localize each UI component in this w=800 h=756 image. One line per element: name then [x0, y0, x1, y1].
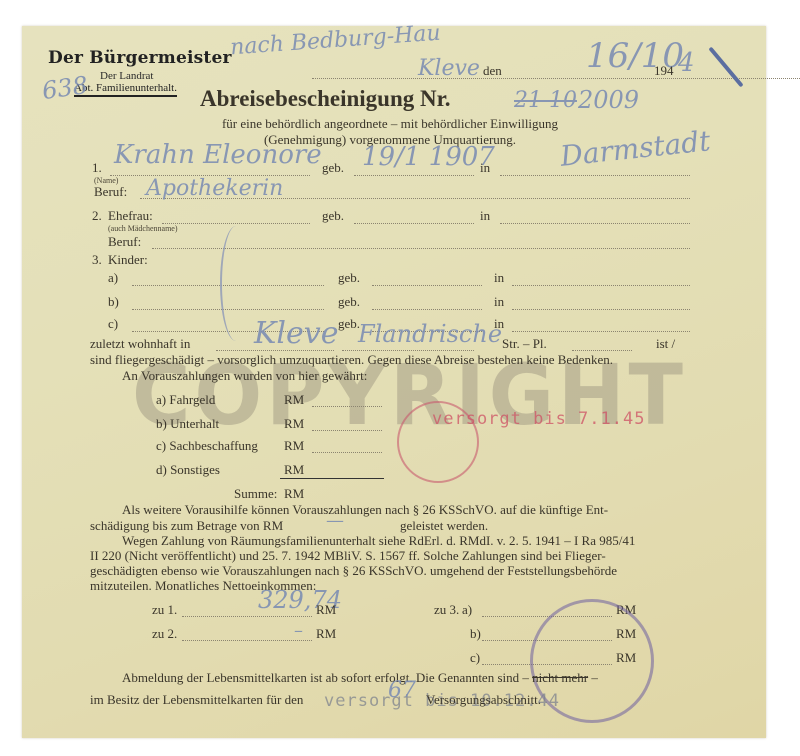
child-a-place-line	[512, 285, 690, 286]
residence-street-line	[342, 350, 474, 351]
name-value: Krahn Eleonore	[114, 140, 322, 170]
children-index: 3.	[92, 252, 102, 268]
year-printed: 194	[654, 63, 674, 79]
birth-label: geb.	[322, 160, 344, 176]
document-title: Abreisebescheinigung Nr.	[200, 86, 450, 112]
income-3b-label: b)	[470, 626, 481, 642]
ist-label: ist /	[656, 336, 675, 352]
spouse-occupation-label: Beruf:	[108, 234, 141, 250]
footer-line-2a: im Besitz der Lebensmittelkarten für den	[90, 692, 303, 708]
handwritten-dash-mark	[220, 226, 252, 341]
handwritten-destination-note: nach Bedburg-Hau	[229, 21, 441, 61]
residence-city-value: Kleve	[254, 316, 338, 351]
street-label: Str. – Pl.	[502, 336, 547, 352]
residence-street-value: Flandrische	[358, 320, 502, 348]
paragraph-1-line-2a: schädigung bis zum Betrage von RM	[90, 518, 283, 534]
paragraph-2-line-3: geschädigten ebenso wie Vorauszahlungen …	[90, 563, 617, 579]
spouse-field-line	[162, 223, 310, 224]
child-a-letter: a)	[108, 270, 118, 286]
income-3a-label: a)	[462, 602, 472, 618]
advance-sonstiges-currency: RM	[284, 462, 304, 478]
child-b-birth-line	[372, 309, 482, 310]
income-2-value: –	[294, 620, 303, 641]
child-b-birth-label: geb.	[338, 294, 360, 310]
occupation-value: Apothekerin	[146, 176, 283, 201]
footer-line-1-end: –	[591, 670, 598, 685]
paragraph-1-line-2b: geleistet werden.	[400, 518, 488, 534]
footer-line-1-text: Abmeldung der Lebensmittelkarten ist ab …	[122, 670, 529, 685]
advance-sonstiges-label: d) Sonstiges	[156, 462, 220, 478]
birthplace-label: in	[480, 160, 490, 176]
income-1-currency: RM	[316, 602, 336, 618]
spouse-birthplace-line	[500, 223, 690, 224]
handwritten-margin-number: 638	[40, 71, 89, 105]
advance-sachbeschaffung-line	[312, 452, 382, 453]
child-a-birth-line	[372, 285, 482, 286]
advance-unterhalt-label: b) Unterhalt	[156, 416, 219, 432]
income-3-prefix: zu 3.	[434, 602, 459, 618]
income-2-currency: RM	[316, 626, 336, 642]
advances-intro: An Vorauszahlungen wurden von hier gewäh…	[122, 368, 367, 384]
income-2-line	[182, 640, 312, 641]
advance-sachbeschaffung-currency: RM	[284, 438, 304, 454]
spouse-birthplace-label: in	[480, 208, 490, 224]
advance-fahrgeld-label: a) Fahrgeld	[156, 392, 215, 408]
spouse-birth-line	[354, 223, 474, 224]
advance-unterhalt-line	[312, 430, 382, 431]
residence-label: zuletzt wohnhaft in	[90, 336, 190, 352]
child-c-letter: c)	[108, 316, 118, 332]
spouse-index: 2.	[92, 208, 102, 224]
children-label: Kinder:	[108, 252, 148, 268]
red-supply-stamp-text: versorgt bis 7.1.45	[432, 409, 645, 429]
spouse-birth-label: geb.	[322, 208, 344, 224]
footer-handwritten-period: 67	[388, 678, 416, 703]
advance-fahrgeld-line	[312, 406, 382, 407]
advance-fahrgeld-currency: RM	[284, 392, 304, 408]
child-b-letter: b)	[108, 294, 119, 310]
handwritten-slash-mark	[708, 47, 743, 88]
place-handwritten: Kleve	[418, 56, 480, 81]
paragraph-2-line-2: II 220 (Nicht veröffentlicht) und 25. 7.…	[90, 548, 606, 564]
child-b-place-label: in	[494, 294, 504, 310]
child-c-place-line	[512, 331, 690, 332]
organization-name: Der Bürgermeister	[48, 48, 232, 68]
paragraph-1-line-1: Als weitere Vorausihilfe können Vorausza…	[122, 502, 608, 518]
income-2-label: zu 2.	[152, 626, 177, 642]
child-a-birth-label: geb.	[338, 270, 360, 286]
income-3c-label: c)	[470, 650, 480, 666]
sum-label: Summe:	[234, 486, 277, 502]
date-label: den	[483, 63, 502, 79]
footer-line-1: Abmeldung der Lebensmittelkarten ist ab …	[122, 670, 598, 686]
certificate-number: 2009	[578, 86, 639, 114]
spouse-label: Ehefrau:	[108, 208, 153, 224]
place-date-line	[312, 78, 800, 79]
year-handwritten: 4	[678, 48, 695, 78]
birth-field-line	[354, 175, 474, 176]
birth-value: 19/1 1907	[362, 142, 495, 172]
footer-line-2b: Versorgungsabschnitt.	[426, 692, 541, 708]
subtitle-line-1: für eine behördlich angeordnete – mit be…	[140, 116, 640, 132]
amount-dash: —	[326, 510, 344, 531]
footer-struck-text: nicht mehr	[532, 670, 588, 685]
sum-currency: RM	[284, 486, 304, 502]
birthplace-field-line	[500, 175, 690, 176]
occupation-label: Beruf:	[94, 184, 127, 200]
house-number-line	[572, 350, 632, 351]
advance-unterhalt-currency: RM	[284, 416, 304, 432]
child-a-place-label: in	[494, 270, 504, 286]
income-1-line	[182, 616, 312, 617]
income-1-label: zu 1.	[152, 602, 177, 618]
advance-sachbeschaffung-label: c) Sachbeschaffung	[156, 438, 258, 454]
child-b-place-line	[512, 309, 690, 310]
spouse-maiden-caption: (auch Mädchenname)	[108, 224, 178, 233]
person-index: 1.	[92, 160, 102, 176]
sum-divider-line	[280, 478, 384, 479]
paragraph-2-line-1: Wegen Zahlung von Räumungsfamilienunterh…	[122, 533, 635, 549]
struck-number: 21 10	[514, 88, 577, 113]
residence-status-text: sind fliegergeschädigt – vorsorglich umz…	[90, 352, 613, 368]
child-c-birth-label: geb.	[338, 316, 360, 332]
sub-office: Der Landrat	[100, 70, 153, 82]
document-paper: COPYRIGHT Der Bürgermeister Der Landrat …	[22, 26, 766, 738]
department: Abt. Familienunterhalt.	[74, 82, 177, 97]
